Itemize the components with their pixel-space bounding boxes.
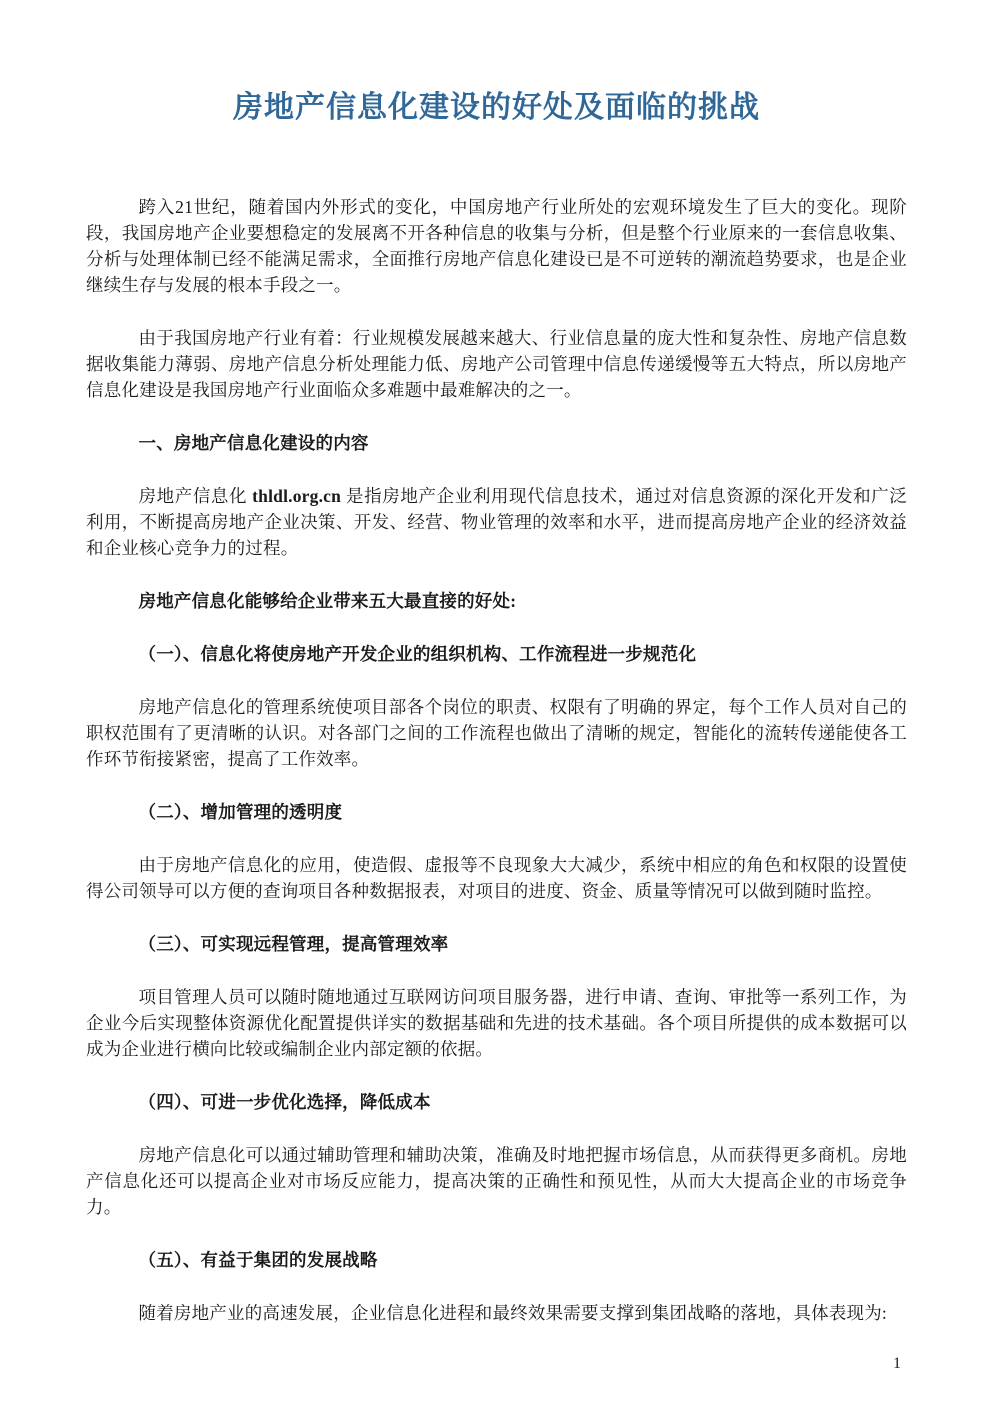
paragraph-definition: 房地产信息化 thldl.org.cn 是指房地产企业利用现代信息技术，通过对信…: [86, 483, 907, 561]
benefit-2-heading: （二）、增加管理的透明度: [86, 799, 907, 825]
benefit-4-heading: （四）、可进一步优化选择，降低成本: [86, 1089, 907, 1115]
paragraph-industry-traits: 由于我国房地产行业有着：行业规模发展越来越大、行业信息量的庞大性和复杂性、房地产…: [86, 325, 907, 403]
document-page: 房地产信息化建设的好处及面临的挑战 跨入21世纪，随着国内外形式的变化，中国房地…: [0, 0, 993, 1404]
definition-text-pre: 房地产信息化: [139, 486, 253, 506]
section-heading-contents: 一、房地产信息化建设的内容: [86, 430, 907, 456]
benefit-1-body: 房地产信息化的管理系统使项目部各个岗位的职责、权限有了明确的界定，每个工作人员对…: [86, 694, 907, 772]
paragraph-intro: 跨入21世纪，随着国内外形式的变化，中国房地产行业所处的宏观环境发生了巨大的变化…: [86, 194, 907, 298]
benefit-3-heading: （三）、可实现远程管理，提高管理效率: [86, 931, 907, 957]
benefit-5-heading: （五）、有益于集团的发展战略: [86, 1247, 907, 1273]
document-title: 房地产信息化建设的好处及面临的挑战: [86, 0, 907, 126]
benefit-3-body: 项目管理人员可以随时随地通过互联网访问项目服务器，进行申请、查询、审批等一系列工…: [86, 984, 907, 1062]
benefit-1-heading: （一）、信息化将使房地产开发企业的组织机构、工作流程进一步规范化: [86, 641, 907, 667]
benefit-2-body: 由于房地产信息化的应用，使造假、虚报等不良现象大大减少，系统中相应的角色和权限的…: [86, 852, 907, 904]
benefit-4-body: 房地产信息化可以通过辅助管理和辅助决策，准确及时地把握市场信息，从而获得更多商机…: [86, 1142, 907, 1220]
benefit-5-body: 随着房地产业的高速发展，企业信息化进程和最终效果需要支撑到集团战略的落地，具体表…: [86, 1300, 907, 1326]
brand-text: thldl.org.cn: [252, 486, 341, 506]
benefits-lead-line: 房地产信息化能够给企业带来五大最直接的好处:: [86, 588, 907, 614]
page-number: 1: [86, 1353, 907, 1375]
